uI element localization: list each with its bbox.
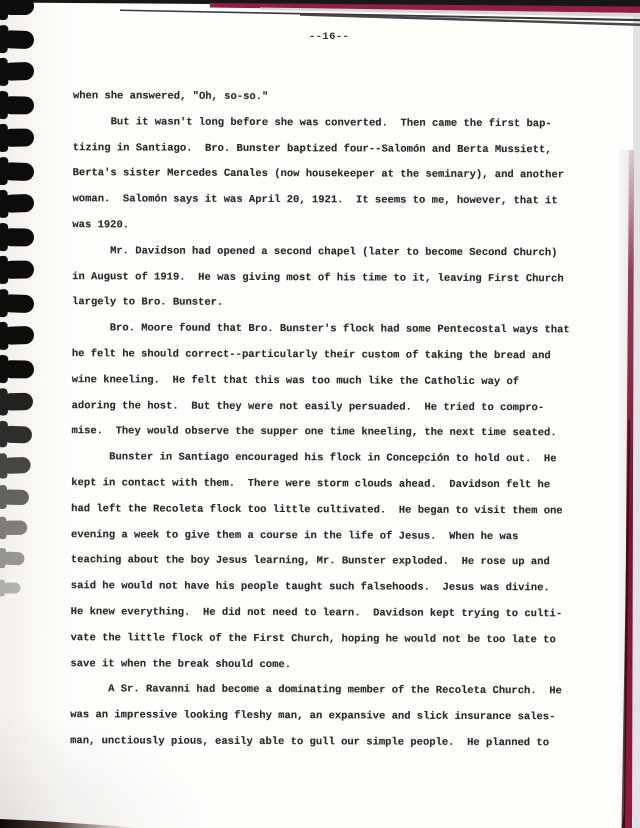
text-line: But it wasn't long before she was conver…: [73, 110, 615, 138]
scanned-typescript-page: --16-- 584. when she answered, "Oh, so-s…: [0, 0, 640, 828]
page: --16-- 584. when she answered, "Oh, so-s…: [0, 0, 640, 828]
text-line: mise. They would observe the supper one …: [71, 420, 613, 448]
text-line: he felt he should correct--particularly …: [72, 342, 614, 370]
text-line: save it when the break should come.: [70, 652, 612, 680]
text-line: man, unctiously pious, easily able to gu…: [70, 729, 612, 757]
text-line: was an impressive looking fleshy man, an…: [70, 703, 612, 731]
typescript-body: when she answered, "Oh, so-so." But it w…: [0, 84, 615, 757]
text-line: Bro. Moore found that Bro. Bunster's flo…: [72, 316, 614, 344]
text-line: largely to Bro. Bunster.: [72, 291, 614, 319]
text-line: in August of 1919. He was giving most of…: [72, 265, 614, 293]
text-line: wine kneeling. He felt that this was too…: [72, 368, 614, 396]
text-line: teaching about the boy Jesus learning, M…: [71, 548, 613, 576]
text-line: evening a week to give them a course in …: [71, 523, 613, 551]
text-line: had left the Recoleta flock too little c…: [71, 497, 613, 525]
text-line: tizing in Santiago. Bro. Bunster baptize…: [73, 136, 615, 164]
text-line: kept in contact with them. There were st…: [71, 471, 613, 499]
text-line: was 1920.: [72, 213, 614, 241]
margin-mark: 584.: [7, 30, 15, 46]
text-line: when she answered, "Oh, so-so.": [73, 84, 615, 112]
text-line: He knew everything. He did not need to l…: [71, 600, 613, 628]
text-line: Bunster in Santiago encouraged his flock…: [71, 445, 613, 473]
text-line: vate the little flock of the First Churc…: [71, 626, 613, 654]
text-line: Mr. Davidson had opened a second chapel …: [72, 239, 614, 267]
page-number: --16--: [309, 31, 349, 43]
text-line: woman. Salomón says it was April 20, 192…: [72, 187, 614, 215]
text-line: A Sr. Ravanni had become a dominating me…: [70, 677, 612, 705]
text-line: adoring the host. But they were not easi…: [72, 394, 614, 422]
text-line: Berta's sister Mercedes Canales (now hou…: [73, 162, 615, 190]
text-line: said he would not have his people taught…: [71, 574, 613, 602]
